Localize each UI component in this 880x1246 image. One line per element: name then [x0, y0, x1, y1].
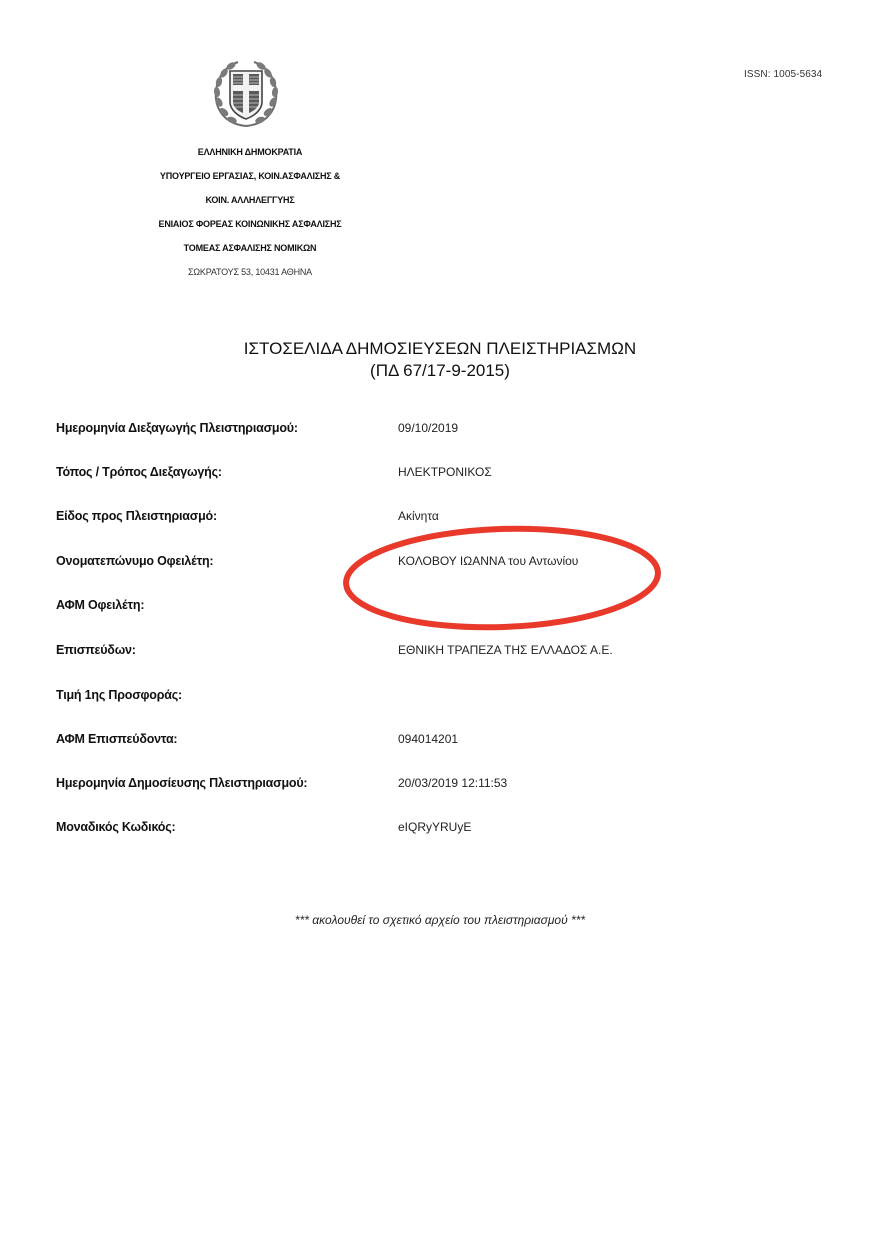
field-row-auction-date: Ημερομηνία Διεξαγωγής Πλειστηριασμού: 09…: [56, 421, 756, 441]
greek-coat-of-arms-icon: [210, 56, 282, 130]
header-line-ministry: ΥΠΟΥΡΓΕΙΟ ΕΡΓΑΣΙΑΣ, ΚΟΙΝ.ΑΣΦΑΛΙΣΗΣ &: [130, 164, 370, 188]
field-row-auction-type: Είδος προς Πλειστηριασμό: Ακίνητα: [56, 509, 756, 529]
page-title: ΙΣΤΟΣΕΛΙΔΑ ΔΗΜΟΣΙΕΥΣΕΩΝ ΠΛΕΙΣΤΗΡΙΑΣΜΩΝ (…: [0, 338, 880, 382]
header-line-agency: ΕΝΙΑΙΟΣ ΦΟΡΕΑΣ ΚΟΙΝΩΝΙΚΗΣ ΑΣΦΑΛΙΣΗΣ: [130, 212, 370, 236]
field-row-creditor: Επισπεύδων: ΕΘΝΙΚΗ ΤΡΑΠΕΖΑ ΤΗΣ ΕΛΛΑΔΟΣ Α…: [56, 643, 756, 663]
field-value: 09/10/2019: [398, 421, 458, 435]
field-label: Επισπεύδων:: [56, 643, 136, 657]
field-row-debtor-tax-id: ΑΦΜ Οφειλέτη:: [56, 598, 756, 618]
field-row-publication-date: Ημερομηνία Δημοσίευσης Πλειστηριασμού: 2…: [56, 776, 756, 796]
header-line-sector: ΤΟΜΕΑΣ ΑΣΦΑΛΙΣΗΣ ΝΟΜΙΚΩΝ: [130, 236, 370, 260]
header-address: ΣΩΚΡΑΤΟΥΣ 53, 10431 ΑΘΗΝΑ: [130, 260, 370, 284]
field-label: Τιμή 1ης Προσφοράς:: [56, 688, 182, 702]
agency-header: ΕΛΛΗΝΙΚΗ ΔΗΜΟΚΡΑΤΙΑ ΥΠΟΥΡΓΕΙΟ ΕΡΓΑΣΙΑΣ, …: [130, 140, 370, 284]
page-title-line1: ΙΣΤΟΣΕΛΙΔΑ ΔΗΜΟΣΙΕΥΣΕΩΝ ΠΛΕΙΣΤΗΡΙΑΣΜΩΝ: [0, 338, 880, 360]
field-value: ΗΛΕΚΤΡΟΝΙΚΟΣ: [398, 465, 492, 479]
field-row-creditor-tax-id: ΑΦΜ Επισπεύδοντα: 094014201: [56, 732, 756, 752]
field-row-first-offer-price: Τιμή 1ης Προσφοράς:: [56, 688, 756, 708]
field-value: ΕΘΝΙΚΗ ΤΡΑΠΕΖΑ ΤΗΣ ΕΛΛΑΔΟΣ Α.Ε.: [398, 643, 613, 657]
document-page: ISSN: 1005-5634: [0, 0, 880, 1246]
field-label: ΑΦΜ Οφειλέτη:: [56, 598, 144, 612]
field-label: Μοναδικός Κωδικός:: [56, 820, 176, 834]
field-label: Ονοματεπώνυμο Οφειλέτη:: [56, 554, 213, 568]
field-label: Τόπος / Τρόπος Διεξαγωγής:: [56, 465, 222, 479]
field-value: eIQRyYRUyE: [398, 820, 471, 834]
issn-label: ISSN: 1005-5634: [744, 69, 822, 80]
field-label: Ημερομηνία Δημοσίευσης Πλειστηριασμού:: [56, 776, 307, 790]
field-label: Είδος προς Πλειστηριασμό:: [56, 509, 217, 523]
field-row-debtor-name: Ονοματεπώνυμο Οφειλέτη: ΚΟΛΟΒΟΥ ΙΩΑΝΝΑ τ…: [56, 554, 756, 574]
footer-note: *** ακολουθεί το σχετικό αρχείο του πλει…: [0, 913, 880, 927]
field-value: ΚΟΛΟΒΟΥ ΙΩΑΝΝΑ του Αντωνίου: [398, 554, 578, 568]
field-row-auction-method: Τόπος / Τρόπος Διεξαγωγής: ΗΛΕΚΤΡΟΝΙΚΟΣ: [56, 465, 756, 485]
header-line-ministry-cont: ΚΟΙΝ. ΑΛΛΗΛΕΓΓΥΗΣ: [130, 188, 370, 212]
field-row-unique-code: Μοναδικός Κωδικός: eIQRyYRUyE: [56, 820, 756, 840]
field-value: 094014201: [398, 732, 458, 746]
header-line-country: ΕΛΛΗΝΙΚΗ ΔΗΜΟΚΡΑΤΙΑ: [130, 140, 370, 164]
page-title-line2: (ΠΔ 67/17-9-2015): [0, 360, 880, 382]
field-value: Ακίνητα: [398, 509, 439, 523]
field-label: Ημερομηνία Διεξαγωγής Πλειστηριασμού:: [56, 421, 298, 435]
field-label: ΑΦΜ Επισπεύδοντα:: [56, 732, 177, 746]
field-value: 20/03/2019 12:11:53: [398, 776, 507, 790]
